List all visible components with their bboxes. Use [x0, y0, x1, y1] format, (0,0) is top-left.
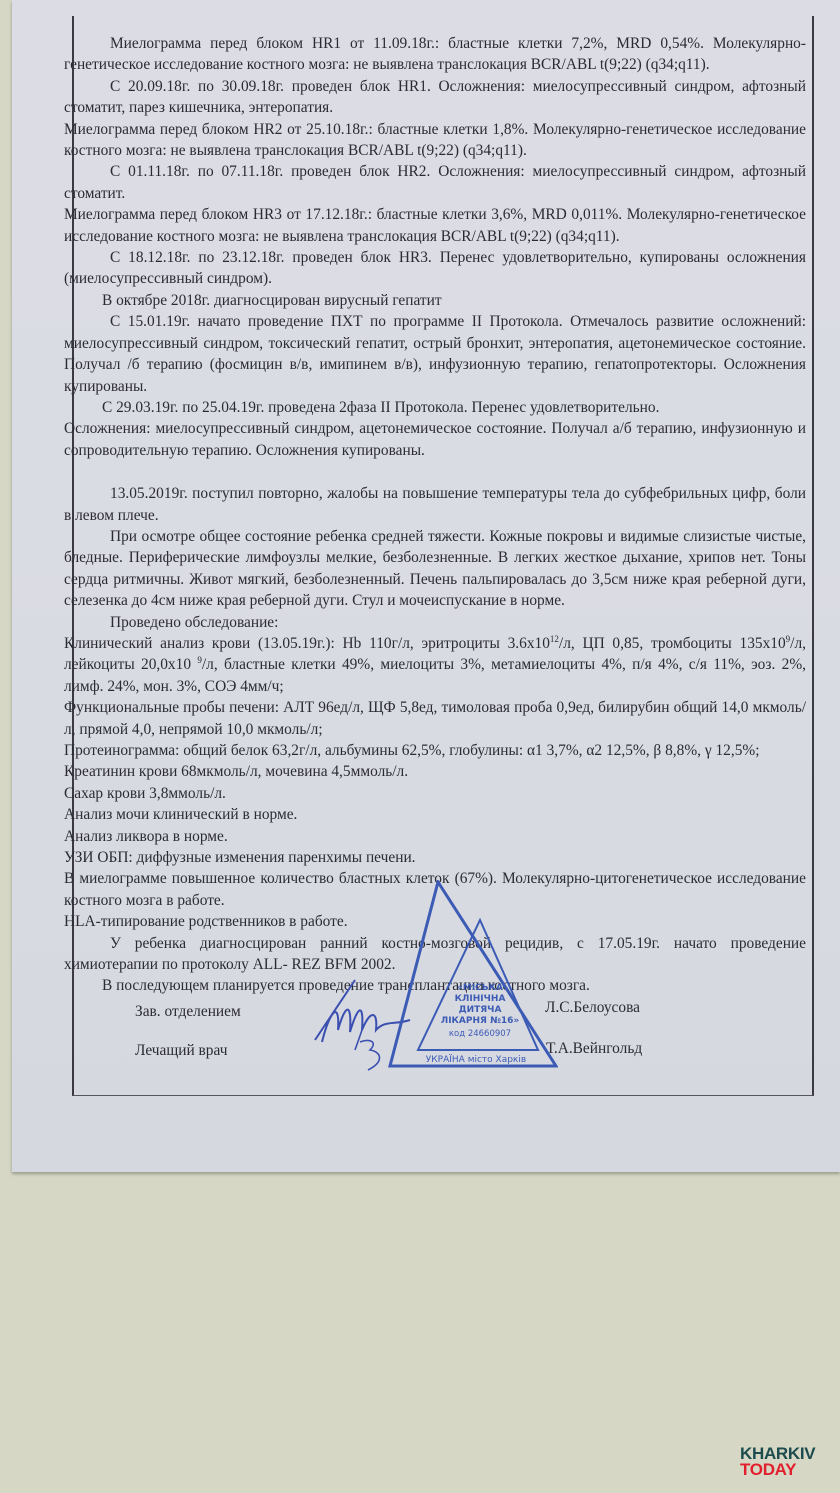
paragraph-relapse: У ребенка диагносцирован ранний костно-м…	[64, 933, 806, 976]
result-blood-sugar: Сахар крови 3,8ммоль/л.	[64, 783, 806, 804]
paragraph-admission: 13.05.2019г. поступил повторно, жалобы н…	[64, 483, 806, 526]
kharkiv-today-logo: KHARKIV TODAY	[740, 1446, 815, 1478]
spacer	[64, 461, 806, 483]
result-hla: HLA-типирование родственников в работе.	[64, 911, 806, 932]
paragraph-hr1-block: С 20.09.18г. по 30.09.18г. проведен блок…	[64, 76, 806, 119]
paragraph-exam-heading: Проведено обследование:	[64, 612, 806, 633]
result-liver-tests: Функциональные пробы печени: АЛТ 96ед/л,…	[64, 697, 806, 740]
paragraph-hr2-block: С 01.11.18г. по 07.11.18г. проведен блок…	[64, 161, 806, 204]
blood-test-text: /л, ЦП 0,85, тромбоциты 135x10	[559, 635, 786, 652]
result-creatinine: Креатинин крови 68мкмоль/л, мочевина 4,5…	[64, 761, 806, 782]
result-urine: Анализ мочи клинический в норме.	[64, 804, 806, 825]
logo-line-today: TODAY	[740, 1462, 815, 1478]
result-ultrasound: УЗИ ОБП: диффузные изменения паренхимы п…	[64, 847, 806, 868]
exponent: 12	[550, 634, 559, 644]
paragraph-plan: В последующем планируется проведение тра…	[64, 975, 806, 996]
document-body: Миелограмма перед блоком HR1 от 11.09.18…	[64, 33, 806, 997]
paragraph-hr2-myelogram: Миелограмма перед блоком HR2 от 25.10.18…	[64, 119, 806, 162]
paragraph-examination: При осмотре общее состояние ребенка сред…	[64, 526, 806, 612]
paragraph-protocol-ii: С 15.01.19г. начато проведение ПХТ по пр…	[64, 311, 806, 397]
paragraph-hr3-block: С 18.12.18г. по 23.12.18г. проведен блок…	[64, 247, 806, 290]
paragraph-hr3-myelogram: Миелограмма перед блоком HR3 от 17.12.18…	[64, 204, 806, 247]
paragraph-complications: Осложнения: миелосупрессивный синдром, а…	[64, 418, 806, 461]
paragraph-blood-test: Клинический анализ крови (13.05.19г.): H…	[64, 633, 806, 697]
paragraph-hr1-myelogram: Миелограмма перед блоком HR1 от 11.09.18…	[64, 33, 806, 76]
result-proteinogram: Протеинограмма: общий белок 63,2г/л, аль…	[64, 740, 806, 761]
result-myelogram: В миелограмме повышенное количество блас…	[64, 868, 806, 911]
paragraph-hepatitis: В октябре 2018г. диагносцирован вирусный…	[64, 290, 806, 311]
result-liquor: Анализ ликвора в норме.	[64, 826, 806, 847]
blood-test-text: Клинический анализ крови (13.05.19г.): H…	[64, 635, 550, 652]
paragraph-phase-2: С 29.03.19г. по 25.04.19г. проведена 2фа…	[64, 397, 806, 418]
